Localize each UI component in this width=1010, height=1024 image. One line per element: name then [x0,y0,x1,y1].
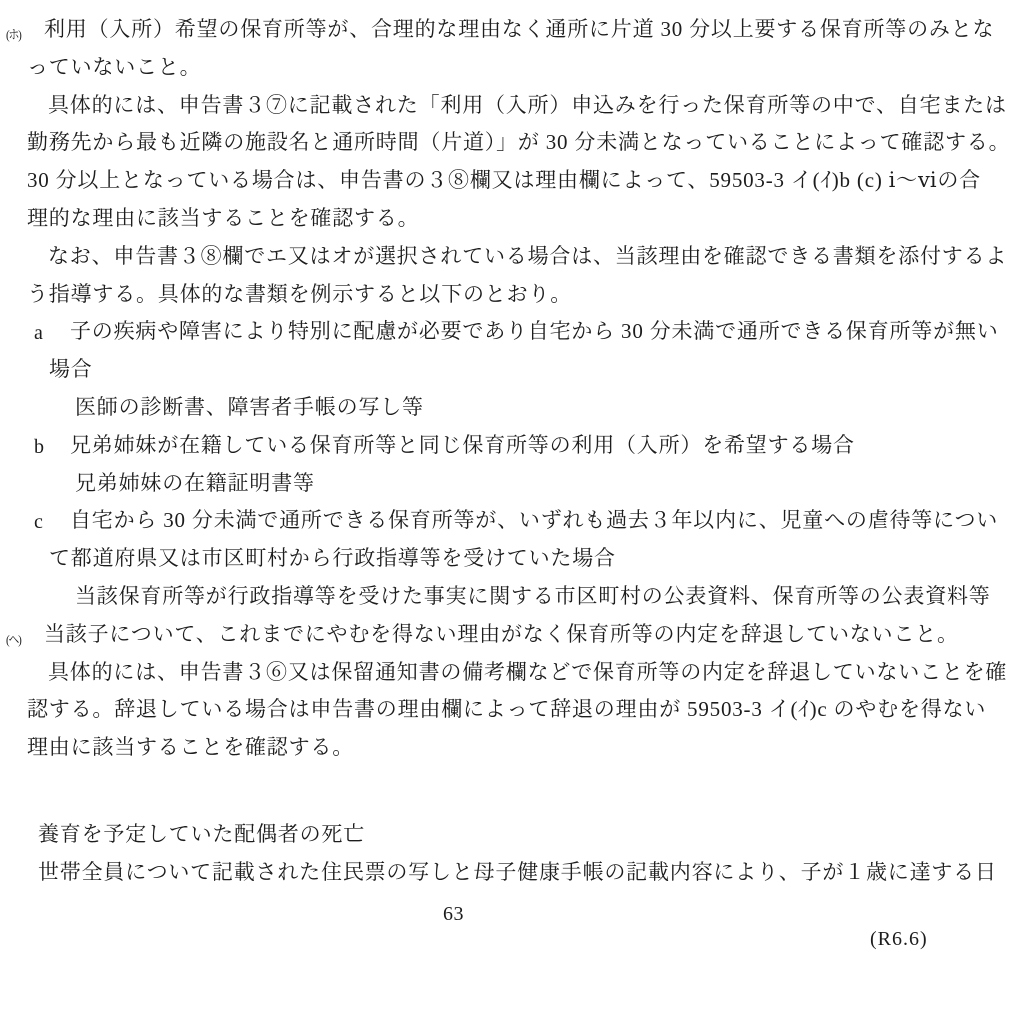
line-text: 30 分以上となっている場合は、申告書の３⑧欄又は理由欄によって、59503-3… [27,168,981,192]
line-text: 認する。辞退している場合は申告書の理由欄によって辞退の理由が 59503-3 イ… [27,697,986,721]
line-text: て都道府県又は市区町村から行政指導等を受けていた場合 [49,546,616,570]
line-text: 当該保育所等が行政指導等を受けた事実に関する市区町村の公表資料、保育所等の公表資… [75,584,991,608]
text-line: う指導する。具体的な書類を例示すると以下のとおり。 [27,281,572,308]
line-text: 世帯全員について記載された住民票の写しと母子健康手帳の記載内容により、子が１歳に… [38,860,997,884]
revision-label: (R6.6) [870,928,928,951]
text-line: 勤務先から最も近隣の施設名と通所時間（片道）」が 30 分未満となっていることに… [27,129,1010,156]
text-line: イ養育を予定していた配偶者の死亡 [38,821,365,848]
text-line: 理由に該当することを確認する。 [27,734,354,761]
line-text: 具体的には、申告書３⑦に記載された「利用（入所）申込みを行った保育所等の中で、自… [48,93,1007,117]
text-line: c自宅から 30 分未満で通所できる保育所等が、いずれも過去３年以内に、児童への… [70,507,998,534]
line-text: 具体的には、申告書３⑥又は保留通知書の備考欄などで保育所等の内定を辞退していない… [48,660,1007,684]
item-marker: b [34,434,44,461]
text-line: 場合 [49,356,93,383]
text-line: a子の疾病や障害により特別に配慮が必要であり自宅から 30 分未満で通所できる保… [70,318,999,345]
line-text: なお、申告書３⑧欄でエ又はオが選択されている場合は、当該理由を確認できる書類を添… [48,244,1007,268]
line-text: 理由に該当することを確認する。 [27,735,354,759]
item-marker: a [34,320,43,347]
line-text: 医師の診断書、障害者手帳の写し等 [75,395,424,419]
text-line: て都道府県又は市区町村から行政指導等を受けていた場合 [49,545,616,572]
line-text: 兄弟姉妹の在籍証明書等 [75,471,315,495]
text-line: 兄弟姉妹の在籍証明書等 [75,470,315,497]
item-marker: (ホ) [6,21,21,48]
line-text: 場合 [49,357,93,381]
text-line: 具体的には、申告書３⑥又は保留通知書の備考欄などで保育所等の内定を辞退していない… [48,659,1007,686]
text-line: 医師の診断書、障害者手帳の写し等 [75,394,424,421]
line-text: 兄弟姉妹が在籍している保育所等と同じ保育所等の利用（入所）を希望する場合 [70,433,855,457]
text-line: 理的な理由に該当することを確認する。 [27,205,419,232]
line-text: 利用（入所）希望の保育所等が、合理的な理由なく通所に片道 30 分以上要する保育… [44,17,994,41]
line-text: 当該子について、これまでにやむを得ない理由がなく保育所等の内定を辞退していないこ… [44,622,959,646]
clipped-left-margin-mark: イ [0,819,5,839]
text-line: 当該保育所等が行政指導等を受けた事実に関する市区町村の公表資料、保育所等の公表資… [75,583,991,610]
item-marker: (ヘ) [6,626,21,653]
text-line: 認する。辞退している場合は申告書の理由欄によって辞退の理由が 59503-3 イ… [27,696,986,723]
text-line: 30 分以上となっている場合は、申告書の３⑧欄又は理由欄によって、59503-3… [27,167,981,194]
item-marker: c [34,509,43,536]
line-text: 子の疾病や障害により特別に配慮が必要であり自宅から 30 分未満で通所できる保育… [70,319,999,343]
text-line: (ホ)利用（入所）希望の保育所等が、合理的な理由なく通所に片道 30 分以上要す… [44,16,994,43]
line-text: っていないこと。 [27,55,201,79]
document-page: (ホ)利用（入所）希望の保育所等が、合理的な理由なく通所に片道 30 分以上要す… [0,0,1010,1024]
line-text: 養育を予定していた配偶者の死亡 [38,822,365,846]
text-line: (ヘ)当該子について、これまでにやむを得ない理由がなく保育所等の内定を辞退してい… [44,621,959,648]
text-line: っていないこと。 [27,54,201,81]
text-line: b兄弟姉妹が在籍している保育所等と同じ保育所等の利用（入所）を希望する場合 [70,432,855,459]
text-line: 具体的には、申告書３⑦に記載された「利用（入所）申込みを行った保育所等の中で、自… [48,92,1007,119]
line-text: 自宅から 30 分未満で通所できる保育所等が、いずれも過去３年以内に、児童への虐… [70,508,998,532]
line-text: 理的な理由に該当することを確認する。 [27,206,419,230]
text-line: 世帯全員について記載された住民票の写しと母子健康手帳の記載内容により、子が１歳に… [38,859,997,886]
page-number: 63 [443,903,464,926]
line-text: 勤務先から最も近隣の施設名と通所時間（片道）」が 30 分未満となっていることに… [27,130,1010,154]
line-text: う指導する。具体的な書類を例示すると以下のとおり。 [27,282,572,306]
text-line: なお、申告書３⑧欄でエ又はオが選択されている場合は、当該理由を確認できる書類を添… [48,243,1007,270]
